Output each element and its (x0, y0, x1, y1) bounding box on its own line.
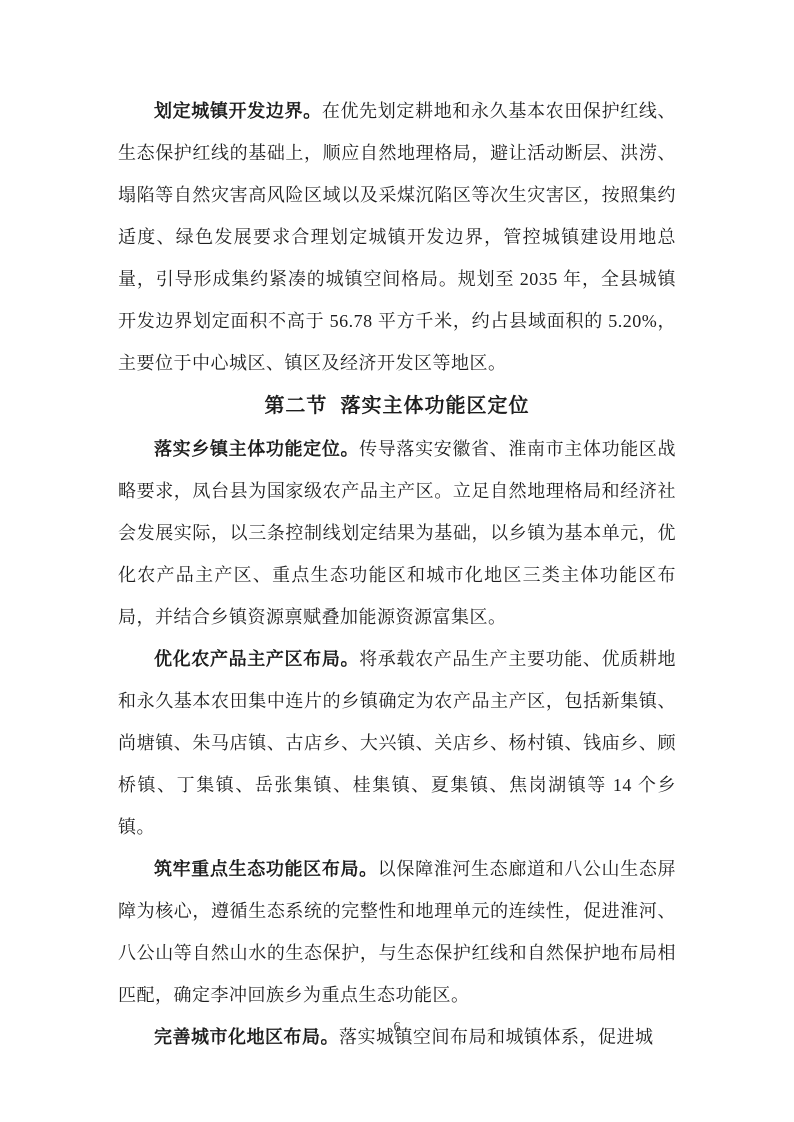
body-paragraph: 落实乡镇主体功能定位。传导落实安徽省、淮南市主体功能区战略要求，凤台县为国家级农… (118, 428, 676, 638)
body-paragraph: 筑牢重点生态功能区布局。以保障淮河生态廊道和八公山生态屏障为核心，遵循生态系统的… (118, 848, 676, 1016)
document-content: 划定城镇开发边界。在优先划定耕地和永久基本农田保护红线、生态保护红线的基础上，顺… (118, 90, 676, 1058)
paragraph-text: 将承载农产品生产主要功能、优质耕地和永久基本农田集中连片的乡镇确定为农产品主产区… (118, 649, 676, 837)
section-heading: 第二节 落实主体功能区定位 (118, 384, 676, 428)
paragraph-text: 在优先划定耕地和永久基本农田保护红线、生态保护红线的基础上，顺应自然地理格局，避… (118, 101, 676, 373)
body-paragraph: 优化农产品主产区布局。将承载农产品生产主要功能、优质耕地和永久基本农田集中连片的… (118, 638, 676, 848)
paragraph-lead: 落实乡镇主体功能定位。 (154, 439, 359, 459)
paragraph-lead: 优化农产品主产区布局。 (154, 649, 359, 669)
paragraph-text: 传导落实安徽省、淮南市主体功能区战略要求，凤台县为国家级农产品主产区。立足自然地… (118, 439, 676, 627)
paragraph-text: 以保障淮河生态廊道和八公山生态屏障为核心，遵循生态系统的完整性和地理单元的连续性… (118, 859, 676, 1005)
document-page: 划定城镇开发边界。在优先划定耕地和永久基本农田保护红线、生态保护红线的基础上，顺… (0, 0, 794, 1122)
paragraph-lead: 筑牢重点生态功能区布局。 (154, 859, 378, 879)
body-paragraph: 划定城镇开发边界。在优先划定耕地和永久基本农田保护红线、生态保护红线的基础上，顺… (118, 90, 676, 384)
page-number: 6 (394, 1020, 401, 1035)
paragraph-lead: 划定城镇开发边界。 (154, 101, 322, 121)
page-footer: 6 (0, 1018, 794, 1036)
